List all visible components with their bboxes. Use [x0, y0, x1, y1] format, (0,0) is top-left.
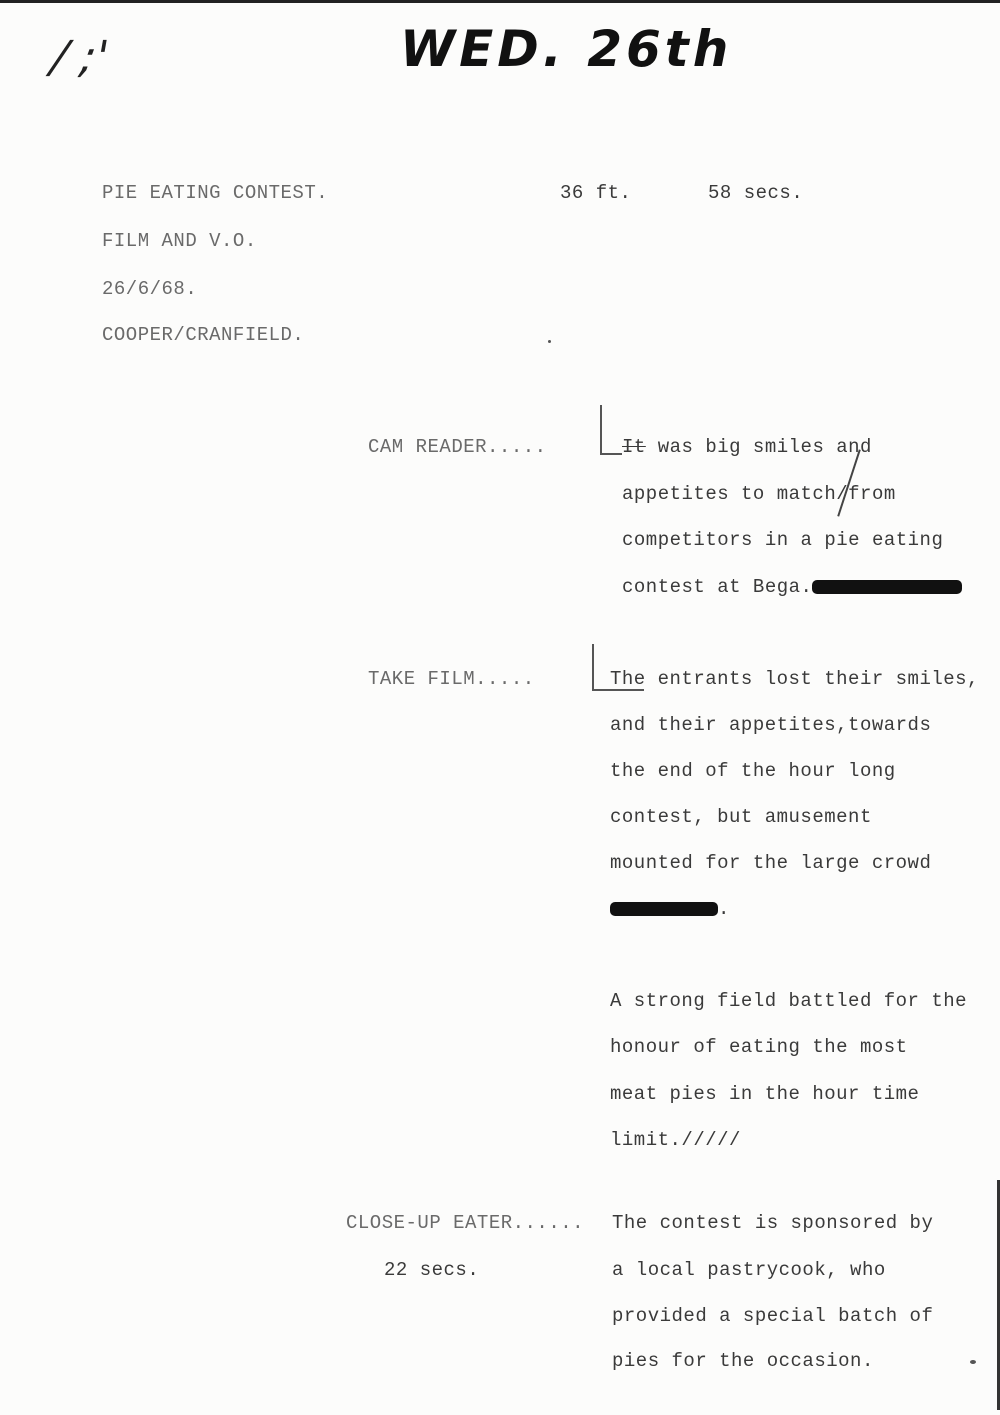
- redaction-mark: [610, 902, 718, 916]
- script-line: The entrants lost their smiles,: [610, 668, 979, 690]
- redaction-mark: [812, 580, 962, 594]
- story-credits: COOPER/CRANFIELD.: [102, 324, 304, 346]
- story-title: PIE EATING CONTEST.: [102, 182, 328, 204]
- handwritten-date: WED. 26th: [400, 20, 732, 78]
- cue-close-up-eater: CLOSE-UP EATER......: [346, 1212, 584, 1234]
- script-line: It was big smiles and: [622, 436, 872, 458]
- script-line: the end of the hour long: [610, 760, 896, 782]
- cue-duration: 22 secs.: [384, 1259, 479, 1281]
- script-line: The contest is sponsored by: [612, 1212, 933, 1234]
- script-line: mounted for the large crowd: [610, 852, 931, 874]
- story-date: 26/6/68.: [102, 278, 197, 300]
- script-line: competitors in a pie eating: [622, 529, 943, 551]
- story-duration: 58 secs.: [708, 182, 803, 204]
- ink-speck: [548, 340, 551, 343]
- story-type: FILM AND V.O.: [102, 230, 257, 252]
- script-line: and their appetites,towards: [610, 714, 931, 736]
- corner-pen-marks: / ;': [48, 32, 113, 83]
- struck-word: It: [622, 436, 646, 458]
- script-line: appetites to match/from: [622, 483, 896, 505]
- script-line: provided a special batch of: [612, 1305, 933, 1327]
- cue-take-film: TAKE FILM.....: [368, 668, 535, 690]
- script-line: limit./////: [610, 1129, 741, 1151]
- script-line: honour of eating the most: [610, 1036, 908, 1058]
- edit-bracket: [600, 405, 622, 455]
- script-line: contest, but amusement: [610, 806, 872, 828]
- page-top-edge: [0, 0, 1000, 3]
- script-line: pies for the occasion.: [612, 1350, 874, 1372]
- script-line: contest at Bega.: [622, 576, 962, 598]
- cue-cam-reader: CAM READER.....: [368, 436, 547, 458]
- script-line: A strong field battled for the: [610, 990, 967, 1012]
- ink-speck: [970, 1360, 976, 1364]
- script-line: a local pastrycook, who: [612, 1259, 886, 1281]
- film-length: 36 ft.: [560, 182, 631, 204]
- script-line: meat pies in the hour time: [610, 1083, 919, 1105]
- script-line: .: [610, 898, 730, 920]
